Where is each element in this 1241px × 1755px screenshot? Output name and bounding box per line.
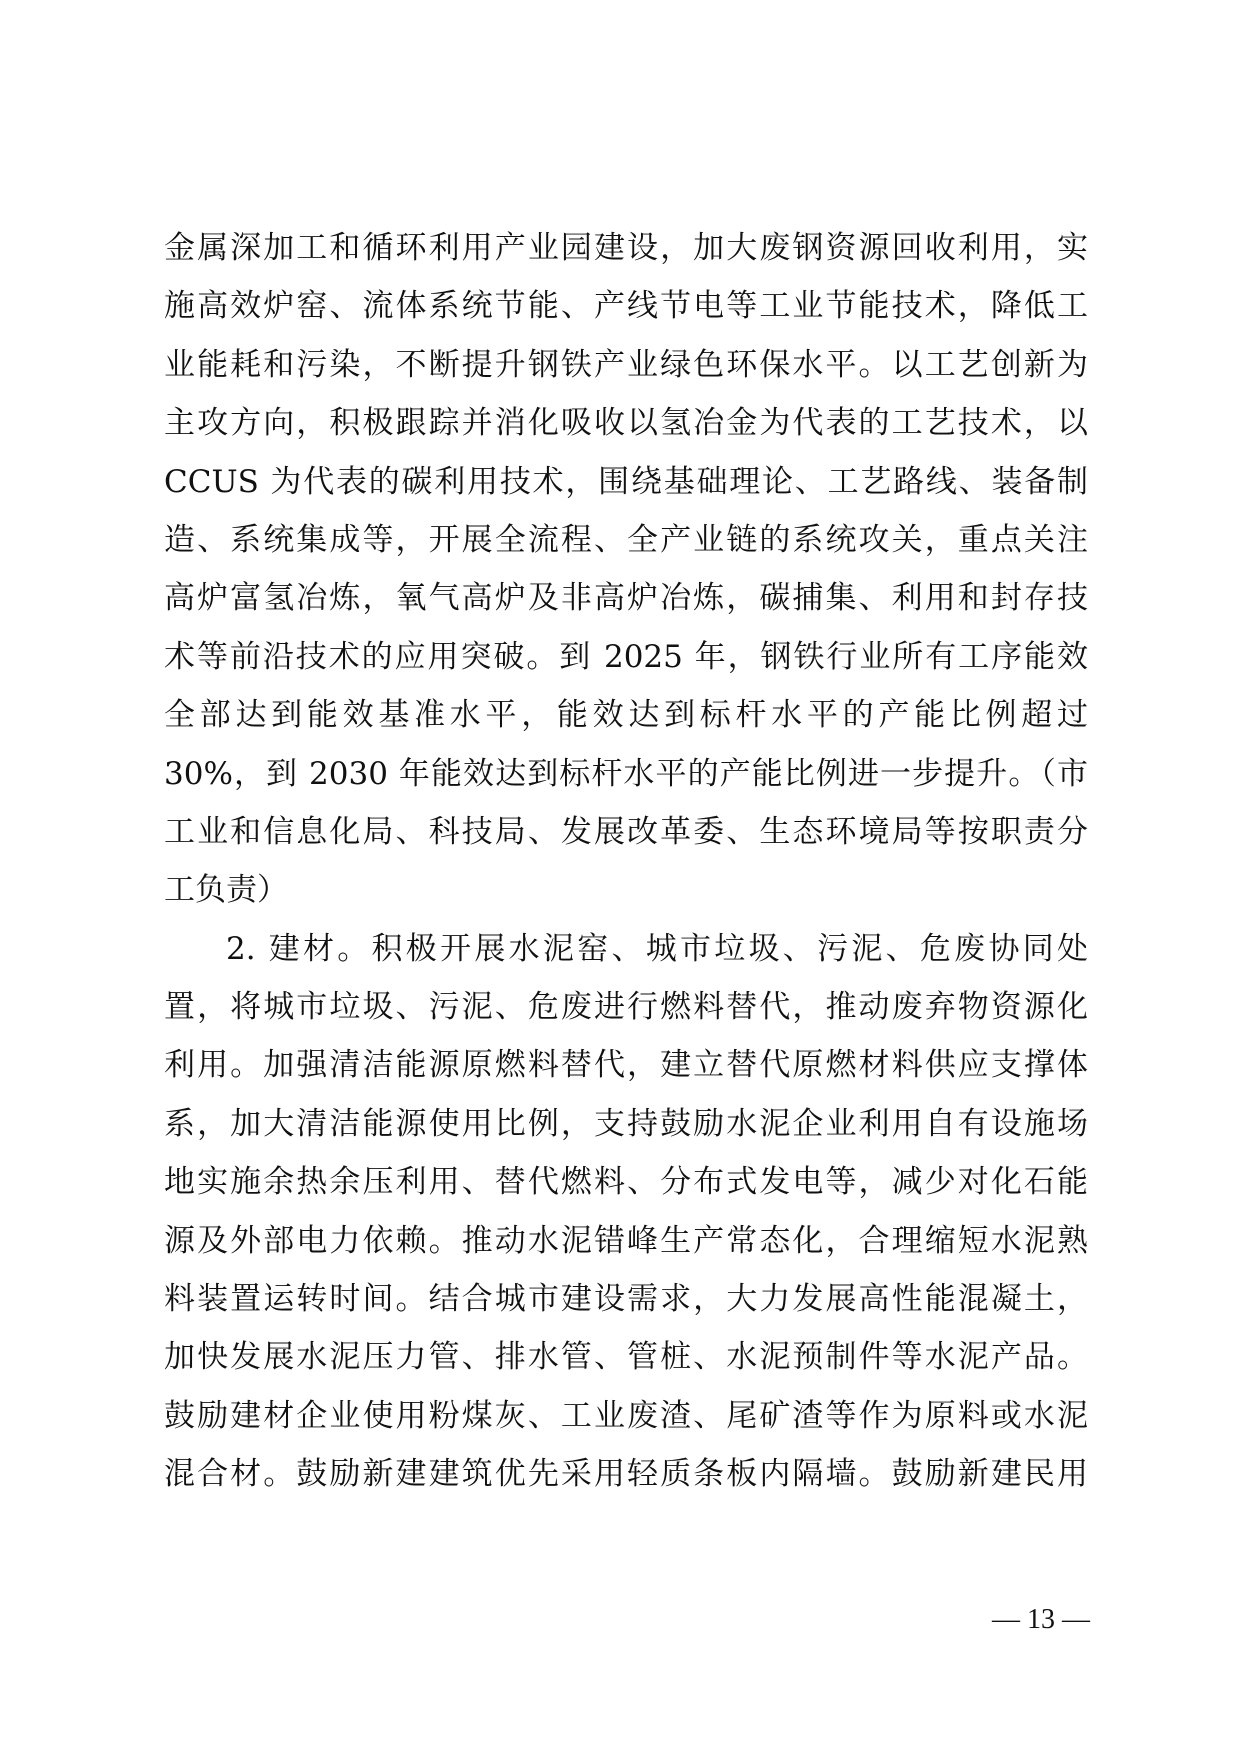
page-number: — 13 —	[960, 1600, 1090, 1640]
text-line: 金属深加工和循环利用产业园建设，加大废钢资源回收利用，实	[164, 219, 1088, 277]
text-line: 工业和信息化局、科技局、发展改革委、生态环境局等按职责分	[164, 803, 1088, 861]
text-line: 系，加大清洁能源使用比例，支持鼓励水泥企业利用自有设施场	[164, 1095, 1088, 1153]
text-line: 鼓励建材企业使用粉煤灰、工业废渣、尾矿渣等作为原料或水泥	[164, 1387, 1088, 1445]
text-line: 料装置运转时间。结合城市建设需求，大力发展高性能混凝土，	[164, 1270, 1088, 1328]
text-line: 源及外部电力依赖。推动水泥错峰生产常态化，合理缩短水泥熟	[164, 1212, 1088, 1270]
text-line: 地实施余热余压利用、替代燃料、分布式发电等，减少对化石能	[164, 1153, 1088, 1211]
document-page: 金属深加工和循环利用产业园建设，加大废钢资源回收利用，实施高效炉窑、流体系统节能…	[0, 0, 1241, 1755]
text-line: 高炉富氢冶炼，氧气高炉及非高炉冶炼，碳捕集、利用和封存技	[164, 569, 1088, 627]
text-line: 造、系统集成等，开展全流程、全产业链的系统攻关，重点关注	[164, 511, 1088, 569]
text-line: 加快发展水泥压力管、排水管、管桩、水泥预制件等水泥产品。	[164, 1328, 1088, 1386]
body-text: 金属深加工和循环利用产业园建设，加大废钢资源回收利用，实施高效炉窑、流体系统节能…	[164, 219, 1088, 1504]
text-line: 主攻方向，积极跟踪并消化吸收以氢冶金为代表的工艺技术，以	[164, 394, 1088, 452]
text-line: 术等前沿技术的应用突破。到 2025 年，钢铁行业所有工序能效	[164, 628, 1088, 686]
text-line: 施高效炉窑、流体系统节能、产线节电等工业节能技术，降低工	[164, 277, 1088, 335]
text-line: 置，将城市垃圾、污泥、危废进行燃料替代，推动废弃物资源化	[164, 978, 1088, 1036]
text-line: 全部达到能效基准水平，能效达到标杆水平的产能比例超过	[164, 686, 1088, 744]
text-line: 2. 建材。积极开展水泥窑、城市垃圾、污泥、危废协同处	[164, 920, 1088, 978]
text-line: CCUS 为代表的碳利用技术，围绕基础理论、工艺路线、装备制	[164, 453, 1088, 511]
text-line: 利用。加强清洁能源原燃料替代，建立替代原燃材料供应支撑体	[164, 1036, 1088, 1094]
text-line: 工负责）	[164, 861, 1088, 919]
text-line: 30%，到 2030 年能效达到标杆水平的产能比例进一步提升。（市	[164, 745, 1088, 803]
text-line: 业能耗和污染，不断提升钢铁产业绿色环保水平。以工艺创新为	[164, 336, 1088, 394]
text-line: 混合材。鼓励新建建筑优先采用轻质条板内隔墙。鼓励新建民用	[164, 1445, 1088, 1503]
